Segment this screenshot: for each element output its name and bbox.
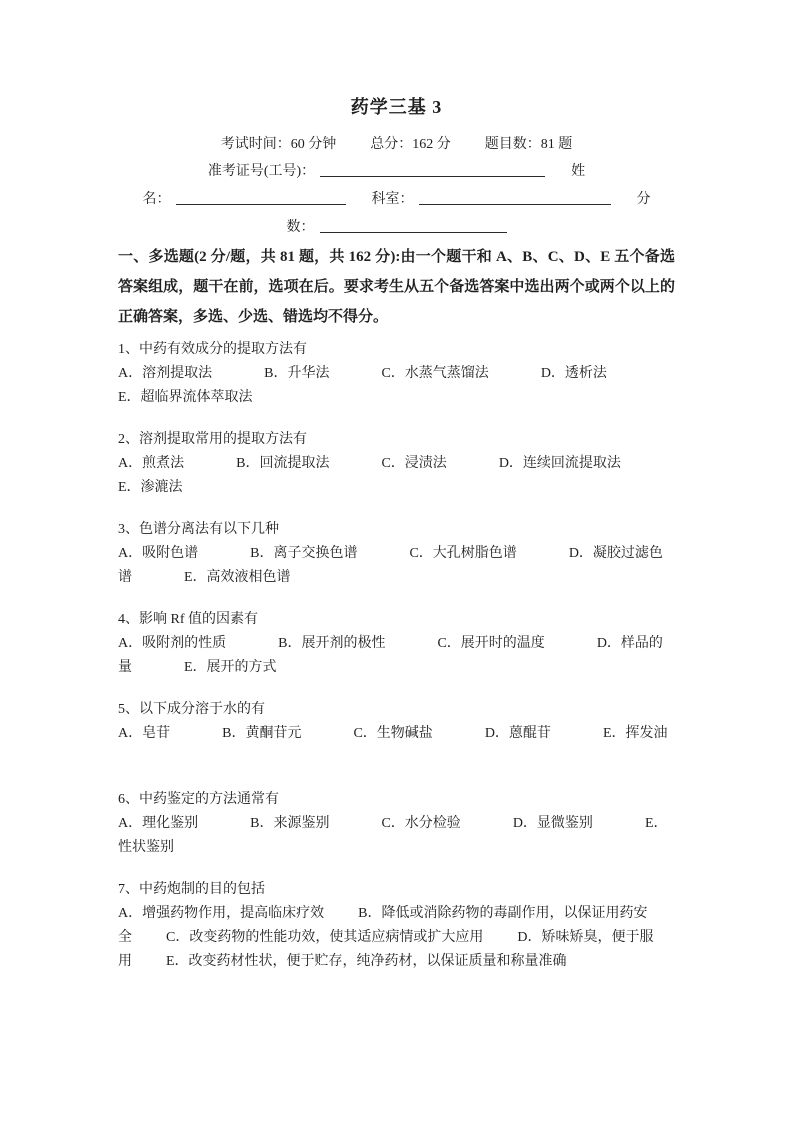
question-option: A．溶剂提取法 (118, 366, 212, 381)
questions: 1、中药有效成分的提取方法有A．溶剂提取法B．升华法C．水蒸气蒸馏法D．透析法E… (118, 338, 675, 974)
question-block: 2、溶剂提取常用的提取方法有A．煎煮法B．回流提取法C．浸渍法D．连续回流提取法… (118, 428, 675, 500)
question-option: E．挥发油 (603, 726, 668, 741)
question-stem: 5、以下成分溶于水的有 (118, 698, 675, 722)
question-option: E．高效液相色谱 (184, 570, 291, 585)
question-block: 7、中药炮制的目的包括A．增强药物作用，提高临床疗效B．降低或消除药物的毒副作用… (118, 878, 675, 974)
question-option: C．水分检验 (381, 816, 460, 831)
question-option: B．来源鉴别 (250, 816, 329, 831)
question-option: B．展开剂的极性 (278, 636, 385, 651)
question-option: A．吸附色谱 (118, 546, 198, 561)
question-option: D．蒽醌苷 (485, 726, 551, 741)
question-block: 4、影响 Rf 值的因素有A．吸附剂的性质B．展开剂的极性C．展开时的温度D．样… (118, 608, 675, 680)
question-option: D．显微鉴别 (513, 816, 593, 831)
field-label: 名： (143, 192, 171, 207)
header-fill-line: 名：科室：分 (118, 186, 675, 214)
question-options: A．煎煮法B．回流提取法C．浸渍法D．连续回流提取法E．渗漉法 (118, 452, 675, 500)
question-stem: 6、中药鉴定的方法通常有 (118, 788, 675, 812)
question-block: 6、中药鉴定的方法通常有A．理化鉴别B．来源鉴别C．水分检验D．显微鉴别E．性状… (118, 788, 675, 860)
header-fill-line: 数： (118, 214, 675, 242)
question-stem: 7、中药炮制的目的包括 (118, 878, 675, 902)
question-option: B．离子交换色谱 (250, 546, 357, 561)
field-label: 科室： (372, 192, 414, 207)
question-option: C．改变药物的性能功效，使其适应病情或扩大应用 (166, 930, 483, 945)
question-option: B．升华法 (264, 366, 329, 381)
page-title: 药学三基 3 (118, 94, 675, 120)
exam-total-score: 总分：162 分 (370, 134, 451, 156)
question-option: A．增强药物作用，提高临床疗效 (118, 906, 324, 921)
question-option: A．理化鉴别 (118, 816, 198, 831)
question-option: A．煎煮法 (118, 456, 184, 471)
question-block: 1、中药有效成分的提取方法有A．溶剂提取法B．升华法C．水蒸气蒸馏法D．透析法E… (118, 338, 675, 410)
question-option: C．大孔树脂色谱 (409, 546, 516, 561)
question-stem: 1、中药有效成分的提取方法有 (118, 338, 675, 362)
document-content: 药学三基 3 考试时间：60 分钟 总分：162 分 题目数：81 题 准考证号… (0, 0, 793, 974)
question-option: E．改变药材性状，便于贮存，纯净药材，以保证质量和称量准确 (166, 954, 567, 969)
field-label: 准考证号(工号)： (208, 164, 315, 179)
question-options: A．增强药物作用，提高临床疗效B．降低或消除药物的毒副作用，以保证用药安全C．改… (118, 902, 675, 974)
fill-blank[interactable] (419, 189, 611, 205)
exam-document-page: 药学三基 3 考试时间：60 分钟 总分：162 分 题目数：81 题 准考证号… (0, 0, 793, 1122)
question-options: A．皂苷B．黄酮苷元C．生物碱盐D．蒽醌苷E．挥发油 (118, 722, 675, 746)
question-option: C．水蒸气蒸馏法 (381, 366, 488, 381)
field-label: 数： (287, 220, 315, 235)
question-options: A．理化鉴别B．来源鉴别C．水分检验D．显微鉴别E．性状鉴别 (118, 812, 675, 860)
fill-blank[interactable] (320, 217, 507, 233)
question-option: B．回流提取法 (236, 456, 329, 471)
question-options: A．溶剂提取法B．升华法C．水蒸气蒸馏法D．透析法E．超临界流体萃取法 (118, 362, 675, 410)
field-label: 姓 (571, 164, 585, 179)
question-option: A．皂苷 (118, 726, 170, 741)
section-intro: 一、多选题(2 分/题，共 81 题，共 162 分):由一个题干和 A、B、C… (118, 242, 675, 332)
question-option: C．生物碱盐 (353, 726, 432, 741)
exam-duration: 考试时间：60 分钟 (221, 134, 337, 156)
question-stem: 2、溶剂提取常用的提取方法有 (118, 428, 675, 452)
question-block: 3、色谱分离法有以下几种A．吸附色谱B．离子交换色谱C．大孔树脂色谱D．凝胶过滤… (118, 518, 675, 590)
fill-blank[interactable] (320, 161, 545, 177)
question-option: D．透析法 (541, 366, 607, 381)
fill-blank[interactable] (176, 189, 346, 205)
header-fields: 准考证号(工号)：姓名：科室：分数： (118, 158, 675, 242)
question-stem: 3、色谱分离法有以下几种 (118, 518, 675, 542)
header-fill-line: 准考证号(工号)：姓 (118, 158, 675, 186)
field-label: 分 (637, 192, 651, 207)
question-option: A．吸附剂的性质 (118, 636, 226, 651)
question-option: E．超临界流体萃取法 (118, 390, 253, 405)
exam-question-count: 题目数：81 题 (485, 134, 573, 156)
question-stem: 4、影响 Rf 值的因素有 (118, 608, 675, 632)
question-option: C．展开时的温度 (437, 636, 544, 651)
question-option: B．黄酮苷元 (222, 726, 301, 741)
question-block: 5、以下成分溶于水的有A．皂苷B．黄酮苷元C．生物碱盐D．蒽醌苷E．挥发油 (118, 698, 675, 770)
question-option: E．展开的方式 (184, 660, 277, 675)
question-options: A．吸附色谱B．离子交换色谱C．大孔树脂色谱D．凝胶过滤色谱E．高效液相色谱 (118, 542, 675, 590)
question-option: C．浸渍法 (381, 456, 446, 471)
question-option: D．连续回流提取法 (499, 456, 621, 471)
question-option: E．渗漉法 (118, 480, 183, 495)
question-options: A．吸附剂的性质B．展开剂的极性C．展开时的温度D．样品的量E．展开的方式 (118, 632, 675, 680)
exam-info: 考试时间：60 分钟 总分：162 分 题目数：81 题 (118, 134, 675, 156)
